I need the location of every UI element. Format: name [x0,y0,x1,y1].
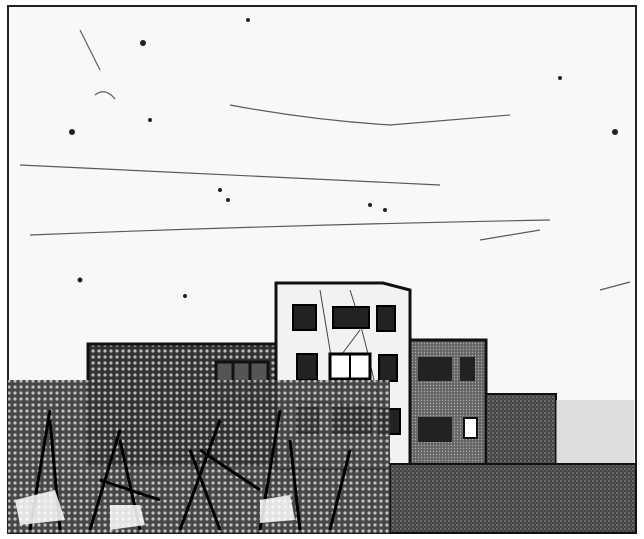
foreground-plants [8,380,390,533]
front-wall [390,464,636,533]
etching-artwork [0,0,644,539]
low-building [486,394,556,466]
etching-svg [0,0,644,539]
